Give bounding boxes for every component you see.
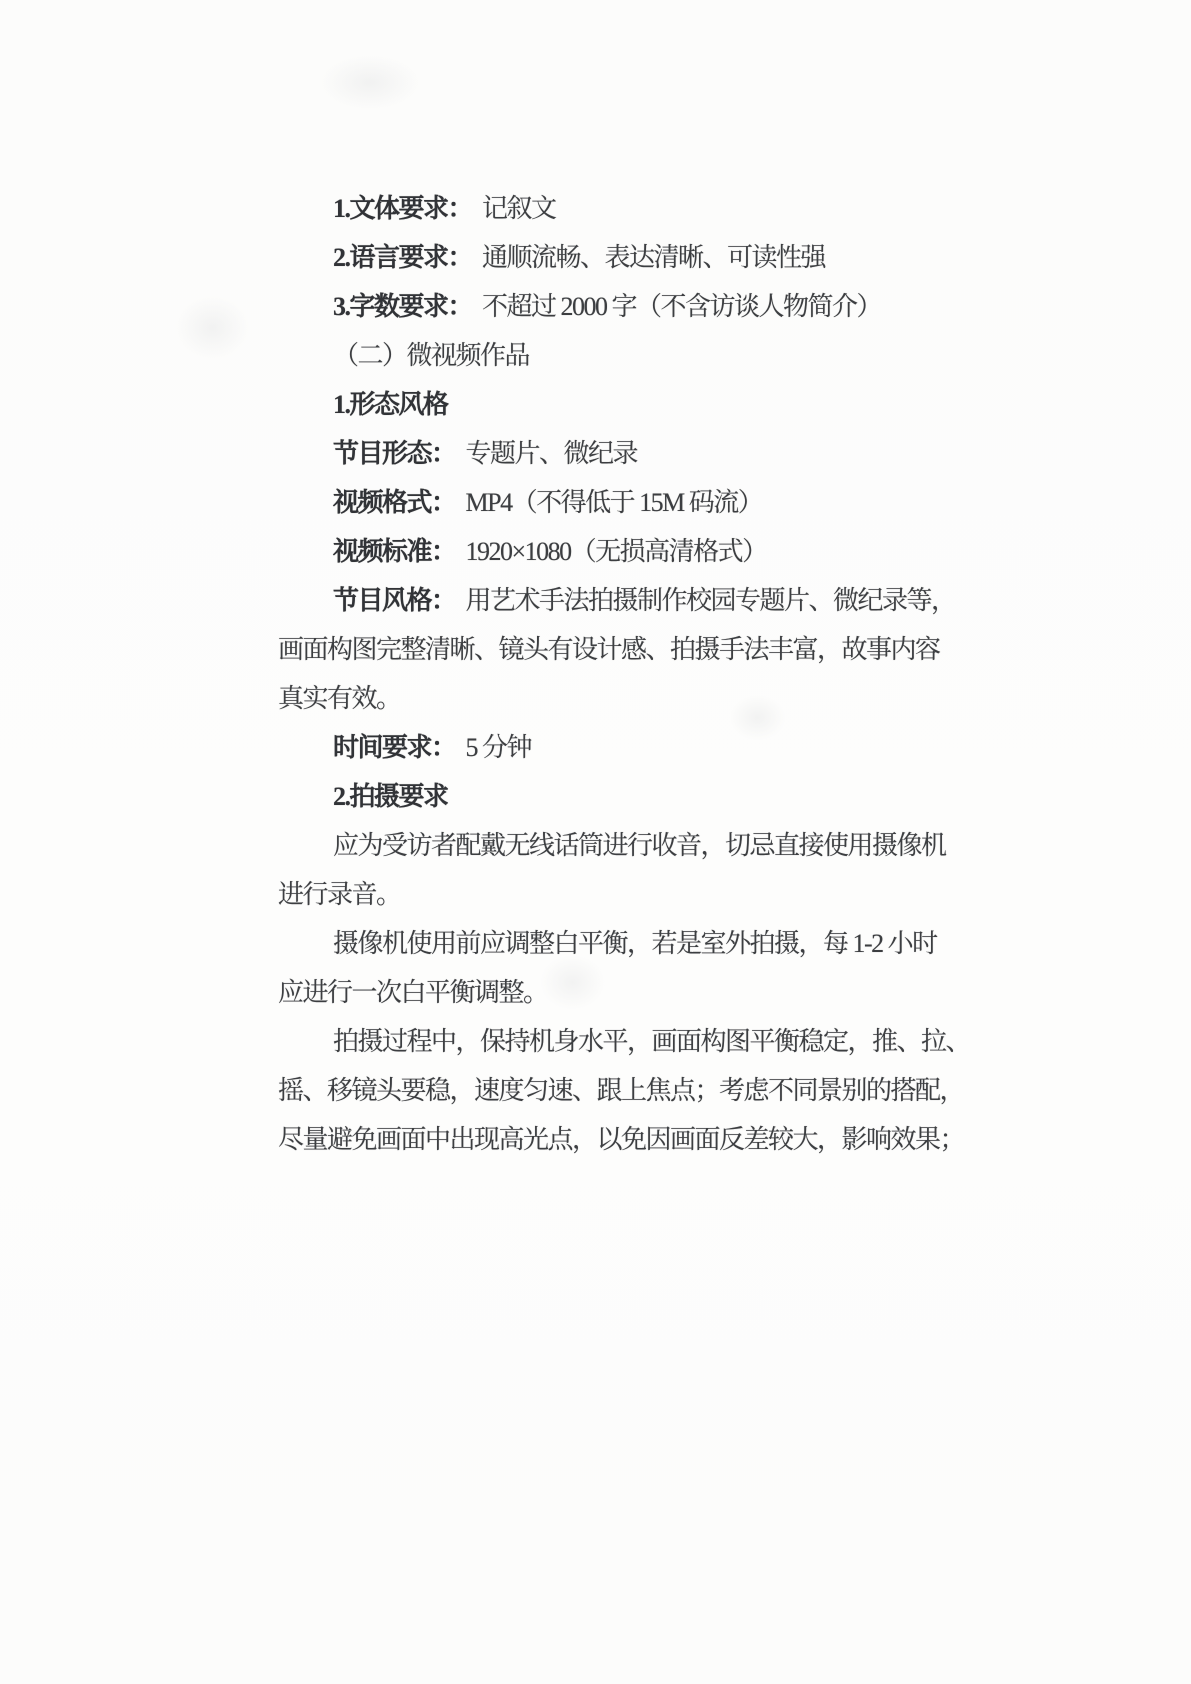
- para-duration-requirement-text: 5 分钟: [466, 733, 532, 762]
- para-program-form: 节目形态：专题片、微纪录: [278, 429, 978, 478]
- subheading-form-style-label: 1.形态风格: [333, 390, 448, 419]
- para-shooting-technique-text: 拍摄过程中，保持机身水平，画面构图平衡稳定，推、拉、 摇、移镜头要稳，速度匀速、…: [278, 1027, 970, 1154]
- para-program-form-text: 专题片、微纪录: [466, 439, 638, 468]
- para-program-form-label: 节目形态：: [333, 439, 456, 468]
- para-white-balance-text: 摄像机使用前应调整白平衡，若是室外拍摄，每 1-2 小时 应进行一次白平衡调整。: [278, 929, 937, 1007]
- subheading-form-style: 1.形态风格: [278, 380, 978, 429]
- para-language-requirement: 2.语言要求：通顺流畅、表达清晰、可读性强: [278, 233, 978, 282]
- subheading-shooting-requirements-label: 2.拍摄要求: [333, 782, 448, 811]
- para-duration-requirement: 时间要求：5 分钟: [278, 723, 978, 772]
- document-text-block: 1.文体要求：记叙文 2.语言要求：通顺流畅、表达清晰、可读性强 3.字数要求：…: [278, 184, 978, 1164]
- para-video-standard-label: 视频标准：: [333, 537, 456, 566]
- para-audio-recording: 应为受访者配戴无线话筒进行收音，切忌直接使用摄像机 进行录音。: [278, 821, 978, 919]
- para-white-balance: 摄像机使用前应调整白平衡，若是室外拍摄，每 1-2 小时 应进行一次白平衡调整。: [278, 919, 978, 1017]
- para-program-style: 节目风格：用艺术手法拍摄制作校园专题片、微纪录等， 画面构图完整清晰、镜头有设计…: [278, 576, 978, 723]
- section-heading-micro-video-text: （二）微视频作品: [333, 341, 529, 370]
- para-program-style-label: 节目风格：: [333, 586, 456, 615]
- scan-artifact: [320, 55, 420, 110]
- para-audio-recording-text: 应为受访者配戴无线话筒进行收音，切忌直接使用摄像机 进行录音。: [278, 831, 946, 909]
- para-duration-requirement-label: 时间要求：: [333, 733, 456, 762]
- para-word-count-requirement: 3.字数要求：不超过 2000 字（不含访谈人物简介）: [278, 282, 978, 331]
- para-video-standard-text: 1920×1080（无损高清格式）: [466, 537, 767, 566]
- para-genre-requirement-label: 1.文体要求：: [333, 194, 472, 223]
- scanned-document-page: 1.文体要求：记叙文 2.语言要求：通顺流畅、表达清晰、可读性强 3.字数要求：…: [0, 0, 1191, 1684]
- para-video-standard: 视频标准：1920×1080（无损高清格式）: [278, 527, 978, 576]
- para-word-count-requirement-label: 3.字数要求：: [333, 292, 472, 321]
- para-word-count-requirement-text: 不超过 2000 字（不含访谈人物简介）: [482, 292, 881, 321]
- para-genre-requirement: 1.文体要求：记叙文: [278, 184, 978, 233]
- scan-artifact: [175, 295, 250, 360]
- para-video-format: 视频格式：MP4（不得低于 15M 码流）: [278, 478, 978, 527]
- para-video-format-text: MP4（不得低于 15M 码流）: [466, 488, 763, 517]
- para-video-format-label: 视频格式：: [333, 488, 456, 517]
- para-language-requirement-label: 2.语言要求：: [333, 243, 472, 272]
- para-genre-requirement-text: 记叙文: [482, 194, 556, 223]
- para-language-requirement-text: 通顺流畅、表达清晰、可读性强: [482, 243, 825, 272]
- section-heading-micro-video: （二）微视频作品: [278, 331, 978, 380]
- subheading-shooting-requirements: 2.拍摄要求: [278, 772, 978, 821]
- para-shooting-technique: 拍摄过程中，保持机身水平，画面构图平衡稳定，推、拉、 摇、移镜头要稳，速度匀速、…: [278, 1017, 978, 1164]
